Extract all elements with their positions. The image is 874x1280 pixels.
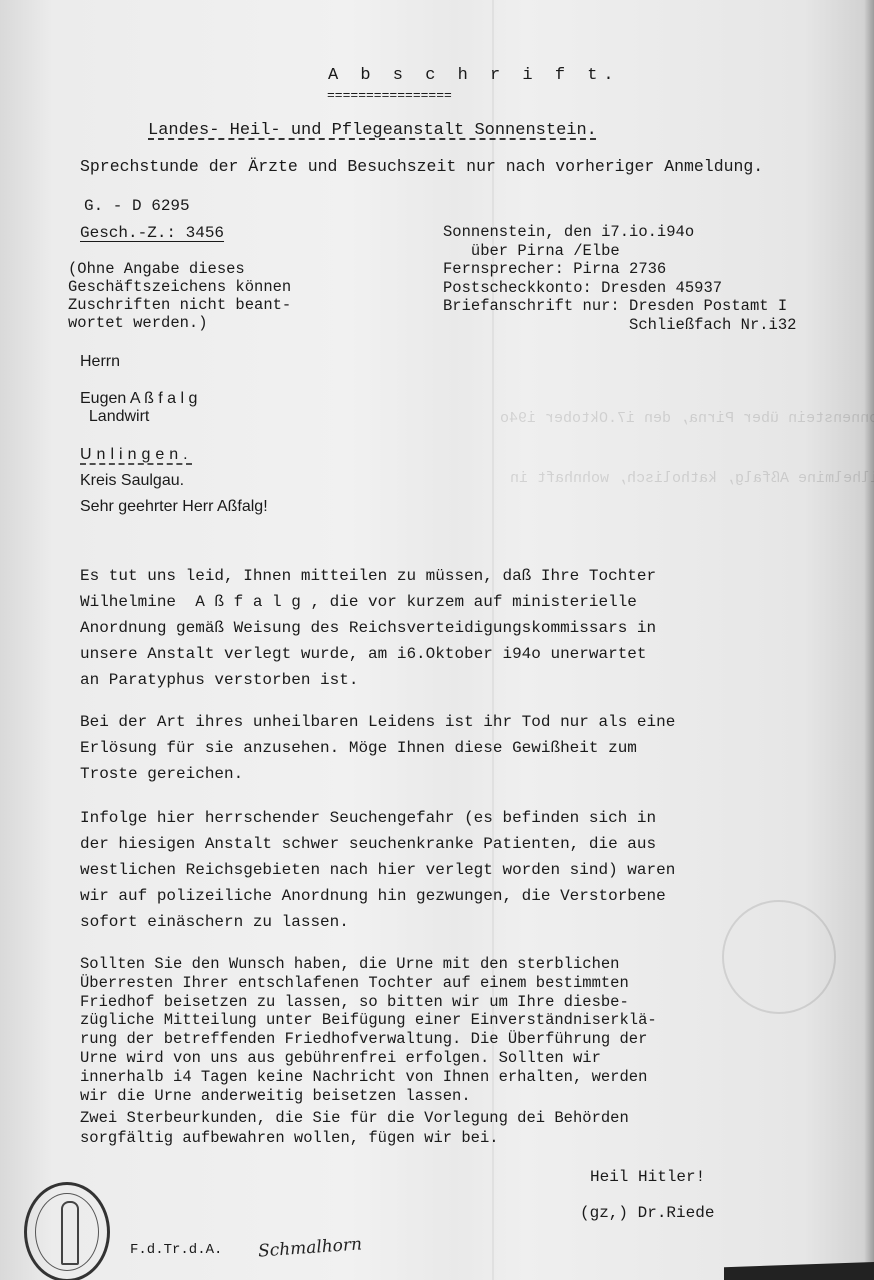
recipient-district: Kreis Saulgau. xyxy=(80,471,184,491)
seal-figure-icon xyxy=(61,1201,79,1265)
handwritten-signature: Schmalhorn xyxy=(257,1234,362,1261)
letter-greeting: Sehr geehrter Herr Aßfalg! xyxy=(80,497,268,517)
body-paragraph: Es tut uns leid, Ihnen mitteilen zu müss… xyxy=(80,563,656,693)
sender-address-block: Sonnenstein, den i7.io.i94o über Pirna /… xyxy=(443,223,796,334)
certification-mark: F.d.Tr.d.A. xyxy=(130,1240,222,1260)
background-corner xyxy=(724,1262,874,1280)
institution-name: Landes- Heil- und Pflegeanstalt Sonnenst… xyxy=(148,121,597,141)
title-underline: ================ xyxy=(327,86,452,106)
body-paragraph: Infolge hier herrschender Seuchengefahr … xyxy=(80,805,675,935)
bleedthrough-text: Die Wilhelmine Aßfalg, katholisch, wohnh… xyxy=(510,470,874,487)
office-hours-notice: Sprechstunde der Ärzte und Besuchszeit n… xyxy=(80,157,763,177)
body-paragraph: Sollten Sie den Wunsch haben, die Urne m… xyxy=(80,955,657,1105)
reference-code: G. - D 6295 xyxy=(84,196,190,216)
official-seal-icon xyxy=(24,1182,110,1280)
document-title: A b s c h r i f t. xyxy=(328,66,620,86)
file-number-note: (Ohne Angabe dieses Geschäftszeichens kö… xyxy=(68,260,291,332)
faint-stamp-bleedthrough xyxy=(722,900,836,1014)
closing: Heil Hitler! xyxy=(590,1167,705,1187)
body-paragraph: Zwei Sterbeurkunden, die Sie für die Vor… xyxy=(80,1108,629,1148)
body-paragraph: Bei der Art ihres unheilbaren Leidens is… xyxy=(80,709,675,787)
file-number: Gesch.-Z.: 3456 xyxy=(80,223,224,243)
recipient-town: Unlingen. xyxy=(80,445,193,465)
paper-edge-shadow xyxy=(864,0,874,1280)
typed-signature: (gz,) Dr.Riede xyxy=(580,1203,714,1223)
recipient-salutation: Herrn xyxy=(80,352,120,372)
bleedthrough-text: Sonnenstein über Pirna, den i7.Oktober i… xyxy=(500,410,874,427)
letter-page: Sonnenstein über Pirna, den i7.Oktober i… xyxy=(0,0,874,1280)
recipient-name: Eugen A ß f a l g Landwirt xyxy=(80,390,197,426)
